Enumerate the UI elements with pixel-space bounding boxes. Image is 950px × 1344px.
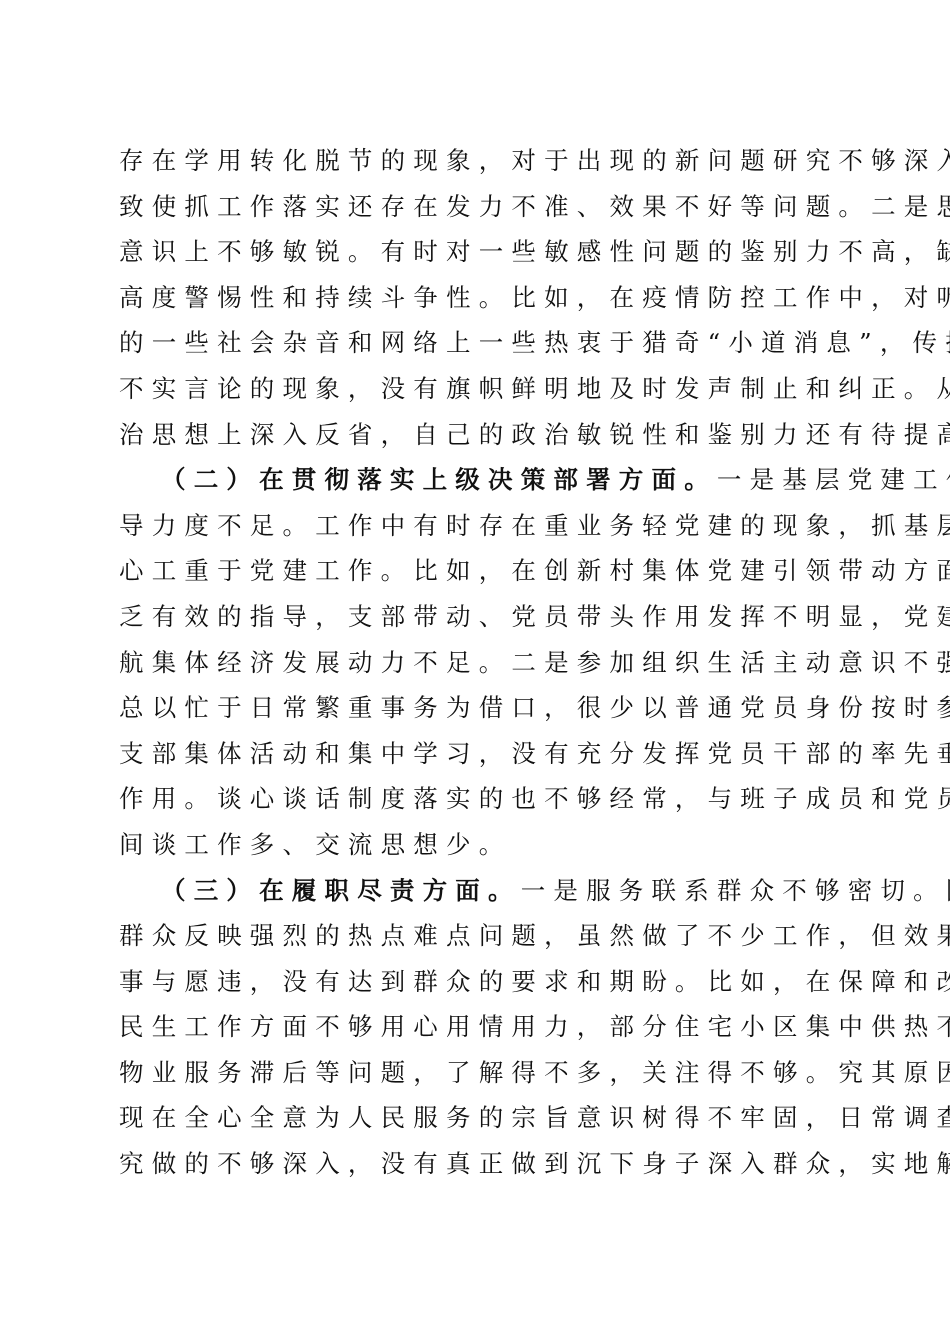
- section-heading: （三）在履职尽责方面。: [161, 876, 521, 905]
- text-line: 物业服务滞后等问题，了解得不多，关注得不够。究其原因体: [119, 1050, 823, 1096]
- text-line: 存在学用转化脱节的现象，对于出现的新问题研究不够深入，: [119, 138, 823, 184]
- text-line: 现在全心全意为人民服务的宗旨意识树得不牢固，日常调查研: [119, 1095, 823, 1141]
- text-line: 导力度不足。工作中有时存在重业务轻党建的现象，抓基层中: [119, 503, 823, 549]
- text-line: 间谈工作多、交流思想少。: [119, 822, 823, 868]
- text-run: 一是服务联系群众不够密切。围绕: [521, 876, 950, 905]
- document-page: 存在学用转化脱节的现象，对于出现的新问题研究不够深入， 致使抓工作落实还存在发力…: [119, 138, 823, 1187]
- section-heading: （二）在贯彻落实上级决策部署方面。: [161, 465, 717, 494]
- text-line: （二）在贯彻落实上级决策部署方面。一是基层党建工作指: [119, 457, 823, 503]
- text-line: 事与愿违，没有达到群众的要求和期盼。比如，在保障和改善: [119, 959, 823, 1005]
- text-line: 的一些社会杂音和网络上一些热衷于猎奇“小道消息”，传播: [119, 320, 823, 366]
- text-line: 致使抓工作落实还存在发力不准、效果不好等问题。二是思想: [119, 184, 823, 230]
- text-line: （三）在履职尽责方面。一是服务联系群众不够密切。围绕: [119, 868, 823, 914]
- text-line: 治思想上深入反省，自己的政治敏锐性和鉴别力还有待提高。: [119, 412, 823, 458]
- text-run: 一是基层党建工作指: [717, 465, 950, 494]
- text-line: 心工重于党建工作。比如，在创新村集体党建引领带动方面缺: [119, 548, 823, 594]
- text-line: 支部集体活动和集中学习，没有充分发挥党员干部的率先垂范: [119, 731, 823, 777]
- text-line: 究做的不够深入，没有真正做到沉下身子深入群众，实地解决: [119, 1141, 823, 1187]
- paragraph-2: （二）在贯彻落实上级决策部署方面。一是基层党建工作指 导力度不足。工作中有时存在…: [119, 457, 823, 867]
- text-line: 航集体经济发展动力不足。二是参加组织生活主动意识不强。: [119, 640, 823, 686]
- text-line: 总以忙于日常繁重事务为借口，很少以普通党员身份按时参加: [119, 685, 823, 731]
- paragraph-3: （三）在履职尽责方面。一是服务联系群众不够密切。围绕 群众反映强烈的热点难点问题…: [119, 868, 823, 1187]
- text-line: 意识上不够敏锐。有时对一些敏感性问题的鉴别力不高，缺乏: [119, 229, 823, 275]
- paragraph-1: 存在学用转化脱节的现象，对于出现的新问题研究不够深入， 致使抓工作落实还存在发力…: [119, 138, 823, 457]
- text-line: 民生工作方面不够用心用情用力，部分住宅小区集中供热不好、: [119, 1004, 823, 1050]
- text-line: 高度警惕性和持续斗争性。比如，在疫情防控工作中，对听到: [119, 275, 823, 321]
- text-line: 不实言论的现象，没有旗帜鲜明地及时发声制止和纠正。从政: [119, 366, 823, 412]
- text-line: 乏有效的指导，支部带动、党员带头作用发挥不明显，党建领: [119, 594, 823, 640]
- text-line: 作用。谈心谈话制度落实的也不够经常，与班子成员和党员之: [119, 776, 823, 822]
- text-line: 群众反映强烈的热点难点问题，虽然做了不少工作，但效果确: [119, 913, 823, 959]
